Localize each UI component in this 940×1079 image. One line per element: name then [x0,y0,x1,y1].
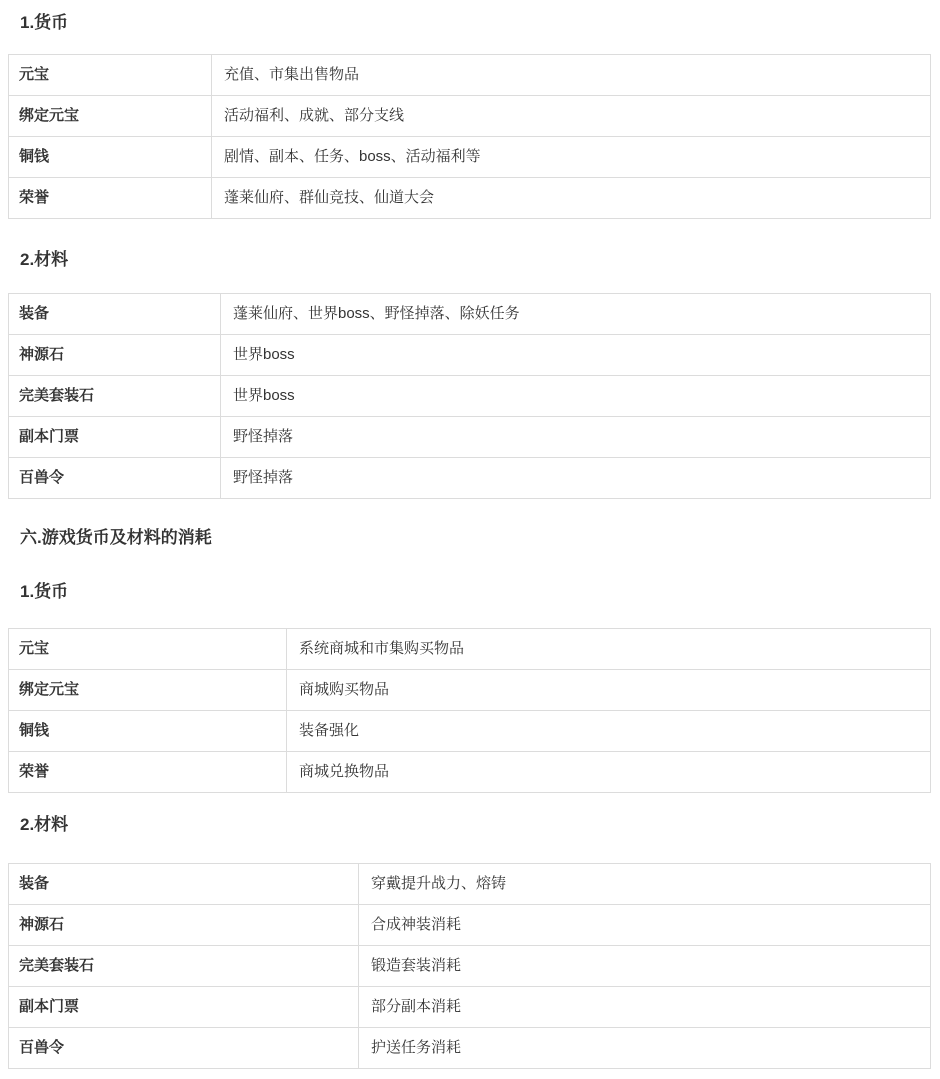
table-row: 副本门票 部分副本消耗 [9,987,931,1028]
row-value: 世界boss [221,335,931,376]
table-row: 绑定元宝 活动福利、成就、部分支线 [9,96,931,137]
row-label: 荣誉 [9,752,287,793]
row-value: 商城兑换物品 [287,752,931,793]
table-row: 神源石 合成神装消耗 [9,905,931,946]
table-row: 完美套装石 世界boss [9,376,931,417]
table-row: 副本门票 野怪掉落 [9,417,931,458]
table-row: 元宝 充值、市集出售物品 [9,55,931,96]
row-value: 剧情、副本、任务、boss、活动福利等 [212,137,931,178]
row-value: 野怪掉落 [221,417,931,458]
table-row: 百兽令 野怪掉落 [9,458,931,499]
section-heading-currency-consume: 1.货币 [20,581,932,603]
row-value: 锻造套装消耗 [359,946,931,987]
row-label: 神源石 [9,335,221,376]
row-value: 穿戴提升战力、熔铸 [359,864,931,905]
row-value: 合成神装消耗 [359,905,931,946]
row-label: 铜钱 [9,137,212,178]
row-label: 完美套装石 [9,946,359,987]
currency-consume-table: 元宝 系统商城和市集购买物品 绑定元宝 商城购买物品 铜钱 装备强化 荣誉 商城… [8,628,931,793]
table-row: 铜钱 装备强化 [9,711,931,752]
row-value: 商城购买物品 [287,670,931,711]
section-heading-material-gain: 2.材料 [20,249,932,271]
material-gain-table: 装备 蓬莱仙府、世界boss、野怪掉落、除妖任务 神源石 世界boss 完美套装… [8,293,931,499]
table-row: 铜钱 剧情、副本、任务、boss、活动福利等 [9,137,931,178]
row-value: 系统商城和市集购买物品 [287,629,931,670]
table-row: 神源石 世界boss [9,335,931,376]
row-value: 世界boss [221,376,931,417]
row-label: 装备 [9,294,221,335]
row-value: 活动福利、成就、部分支线 [212,96,931,137]
row-value: 野怪掉落 [221,458,931,499]
table-row: 荣誉 蓬莱仙府、群仙竞技、仙道大会 [9,178,931,219]
row-label: 铜钱 [9,711,287,752]
section-heading-currency-gain: 1.货币 [20,12,932,34]
row-label: 完美套装石 [9,376,221,417]
row-value: 装备强化 [287,711,931,752]
row-value: 部分副本消耗 [359,987,931,1028]
article-content: 1.货币 元宝 充值、市集出售物品 绑定元宝 活动福利、成就、部分支线 铜钱 剧… [0,0,940,1077]
row-label: 荣誉 [9,178,212,219]
row-label: 副本门票 [9,417,221,458]
table-row: 荣誉 商城兑换物品 [9,752,931,793]
row-label: 绑定元宝 [9,96,212,137]
row-label: 元宝 [9,629,287,670]
currency-gain-table: 元宝 充值、市集出售物品 绑定元宝 活动福利、成就、部分支线 铜钱 剧情、副本、… [8,54,931,219]
table-row: 装备 穿戴提升战力、熔铸 [9,864,931,905]
row-label: 神源石 [9,905,359,946]
section-heading-material-consume: 2.材料 [20,814,932,836]
chapter-heading-consumption: 六.游戏货币及材料的消耗 [20,527,932,549]
row-label: 元宝 [9,55,212,96]
table-row: 完美套装石 锻造套装消耗 [9,946,931,987]
table-row: 装备 蓬莱仙府、世界boss、野怪掉落、除妖任务 [9,294,931,335]
material-consume-table: 装备 穿戴提升战力、熔铸 神源石 合成神装消耗 完美套装石 锻造套装消耗 副本门… [8,863,931,1069]
row-label: 装备 [9,864,359,905]
row-label: 副本门票 [9,987,359,1028]
table-row: 百兽令 护送任务消耗 [9,1028,931,1069]
row-label: 绑定元宝 [9,670,287,711]
row-value: 蓬莱仙府、群仙竞技、仙道大会 [212,178,931,219]
row-value: 护送任务消耗 [359,1028,931,1069]
table-row: 元宝 系统商城和市集购买物品 [9,629,931,670]
row-value: 蓬莱仙府、世界boss、野怪掉落、除妖任务 [221,294,931,335]
table-row: 绑定元宝 商城购买物品 [9,670,931,711]
row-label: 百兽令 [9,1028,359,1069]
row-value: 充值、市集出售物品 [212,55,931,96]
row-label: 百兽令 [9,458,221,499]
